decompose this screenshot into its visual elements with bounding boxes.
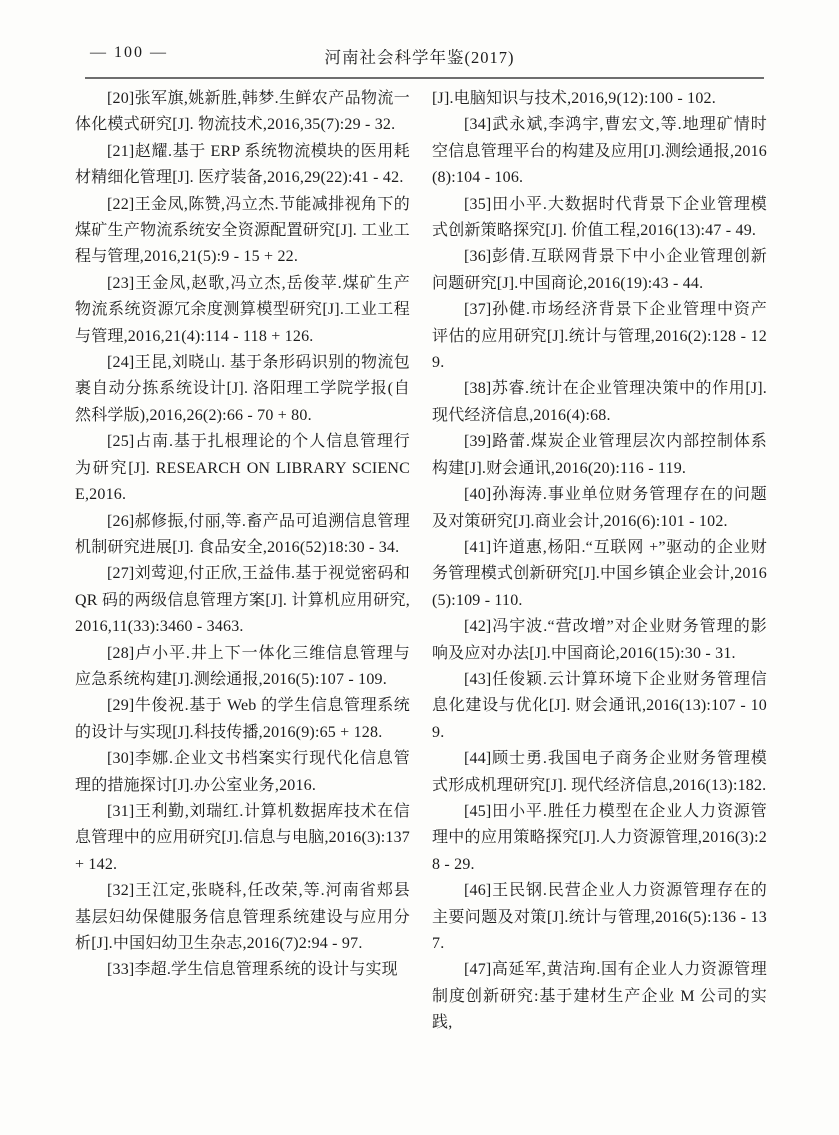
- reference-entry: [20]张军旗,姚新胜,韩梦.生鲜农产品物流一体化模式研究[J]. 物流技术,2…: [75, 86, 410, 139]
- reference-entry: [40]孙海涛.事业单位财务管理存在的问题及对策研究[J].商业会计,2016(…: [432, 482, 767, 535]
- reference-entry: [41]许道惠,杨阳.“互联网 +”驱动的企业财务管理模式创新研究[J].中国乡…: [432, 535, 767, 614]
- reference-entry: [23]王金凤,赵歌,冯立杰,岳俊苹.煤矿生产物流系统资源冗余度测算模型研究[J…: [75, 271, 410, 350]
- reference-entry: [J].电脑知识与技术,2016,9(12):100 - 102.: [432, 86, 767, 112]
- reference-entry: [39]路蕾.煤炭企业管理层次内部控制体系构建[J].财会通讯,2016(20)…: [432, 429, 767, 482]
- reference-entry: [30]李娜.企业文书档案实行现代化信息管理的措施探讨[J].办公室业务,201…: [75, 746, 410, 799]
- reference-entry: [31]王利勤,刘瑞红.计算机数据库技术在信息管理中的应用研究[J].信息与电脑…: [75, 799, 410, 878]
- reference-entry: [42]冯宇波.“营改增”对企业财务管理的影响及应对办法[J].中国商论,201…: [432, 614, 767, 667]
- reference-entry: [25]占南.基于扎根理论的个人信息管理行为研究[J]. RESEARCH ON…: [75, 429, 410, 508]
- document-page: — 100 — 河南社会科学年鉴(2017) [20]张军旗,姚新胜,韩梦.生鲜…: [0, 0, 839, 1135]
- reference-entry: [22]王金凤,陈赞,冯立杰.节能减排视角下的煤矿生产物流系统安全资源配置研究[…: [75, 192, 410, 271]
- header-rule: [85, 77, 764, 79]
- reference-entry: [47]高延军,黄洁珣.国有企业人力资源管理制度创新研究:基于建材生产企业 M …: [432, 957, 767, 1036]
- reference-entry: [26]郝修振,付丽,等.畜产品可追溯信息管理机制研究进展[J]. 食品安全,2…: [75, 509, 410, 562]
- reference-entry: [37]孙健.市场经济背景下企业管理中资产评估的应用研究[J].统计与管理,20…: [432, 297, 767, 376]
- reference-entry: [35]田小平.大数据时代背景下企业管理模式创新策略探究[J]. 价值工程,20…: [432, 192, 767, 245]
- reference-entry: [46]王民钢.民营企业人力资源管理存在的主要问题及对策[J].统计与管理,20…: [432, 878, 767, 957]
- reference-entry: [32]王江定,张晓科,任改荣,等.河南省郏县基层妇幼保健服务信息管理系统建设与…: [75, 878, 410, 957]
- references-section: [20]张军旗,姚新胜,韩梦.生鲜农产品物流一体化模式研究[J]. 物流技术,2…: [75, 86, 767, 1037]
- reference-entry: [38]苏睿.统计在企业管理决策中的作用[J].现代经济信息,2016(4):6…: [432, 376, 767, 429]
- reference-entry: [33]李超.学生信息管理系统的设计与实现: [75, 957, 410, 983]
- left-column: [20]张军旗,姚新胜,韩梦.生鲜农产品物流一体化模式研究[J]. 物流技术,2…: [75, 86, 410, 1037]
- right-column: [J].电脑知识与技术,2016,9(12):100 - 102.[34]武永斌…: [432, 86, 767, 1037]
- header-title: 河南社会科学年鉴(2017): [0, 44, 839, 68]
- reference-entry: [43]任俊颖.云计算环境下企业财务管理信息化建设与优化[J]. 财会通讯,20…: [432, 667, 767, 746]
- reference-entry: [34]武永斌,李鸿宇,曹宏文,等.地理矿情时空信息管理平台的构建及应用[J].…: [432, 112, 767, 191]
- reference-entry: [21]赵耀.基于 ERP 系统物流模块的医用耗材精细化管理[J]. 医疗装备,…: [75, 139, 410, 192]
- reference-entry: [24]王昆,刘晓山. 基于条形码识别的物流包裹自动分拣系统设计[J]. 洛阳理…: [75, 350, 410, 429]
- reference-entry: [45]田小平.胜任力模型在企业人力资源管理中的应用策略探究[J].人力资源管理…: [432, 799, 767, 878]
- reference-entry: [44]顾士勇.我国电子商务企业财务管理模式形成机理研究[J]. 现代经济信息,…: [432, 746, 767, 799]
- reference-entry: [27]刘莺迎,付正欣,王益伟.基于视觉密码和 QR 码的两级信息管理方案[J]…: [75, 561, 410, 640]
- reference-entry: [36]彭倩.互联网背景下中小企业管理创新问题研究[J].中国商论,2016(1…: [432, 244, 767, 297]
- reference-entry: [29]牛俊祝.基于 Web 的学生信息管理系统的设计与实现[J].科技传播,2…: [75, 693, 410, 746]
- page-header: — 100 — 河南社会科学年鉴(2017): [0, 44, 839, 68]
- reference-entry: [28]卢小平.井上下一体化三维信息管理与应急系统构建[J].测绘通报,2016…: [75, 641, 410, 694]
